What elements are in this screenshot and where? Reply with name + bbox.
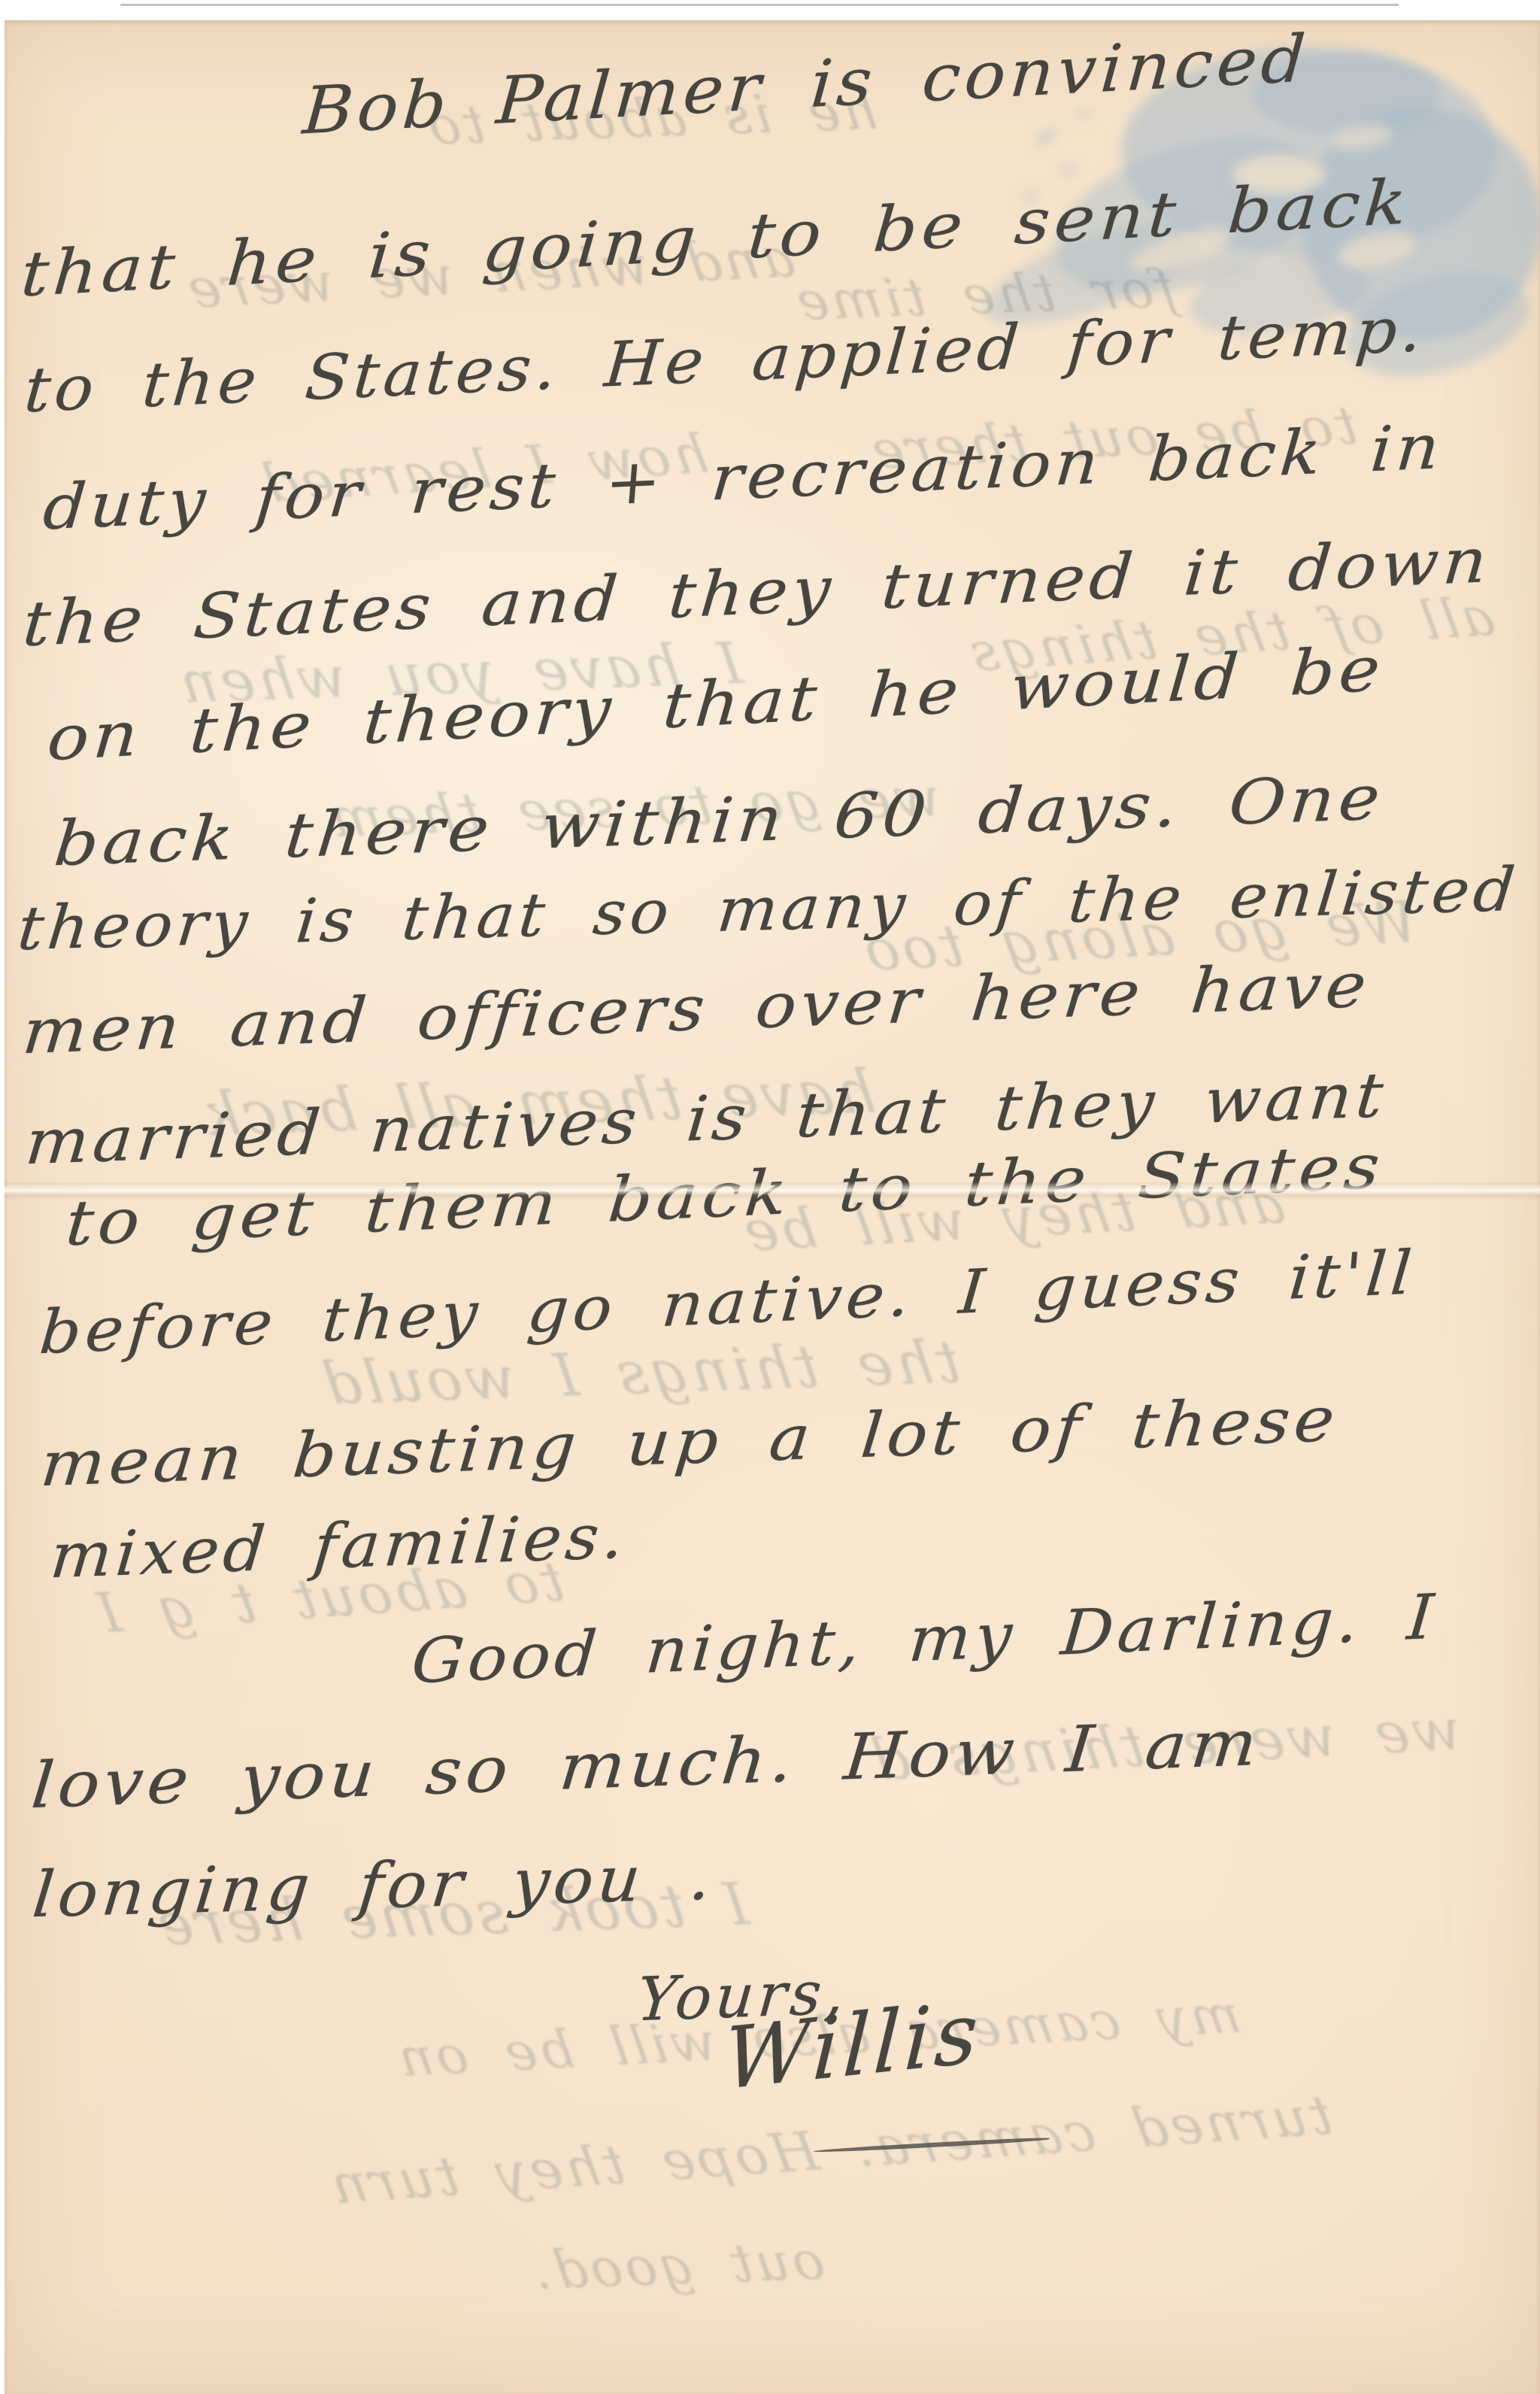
letter-line-16: love you so much. How I am [29, 1711, 1264, 1817]
scanner-edge-line [120, 4, 1399, 6]
scanner-background: he is about to and when we were for the … [0, 0, 1540, 2394]
letter-line-17: longing for you . [30, 1845, 718, 1926]
bleed-through-line: out good. [527, 2234, 827, 2296]
fold-crease [5, 1182, 1540, 1200]
letter-line-9: men and officers over here have [20, 954, 1373, 1063]
letter-line-4: duty for rest + recreation back in [41, 417, 1446, 540]
letter-paper: he is about to and when we were for the … [5, 20, 1540, 2394]
letter-signature: Willis [722, 1990, 984, 2102]
